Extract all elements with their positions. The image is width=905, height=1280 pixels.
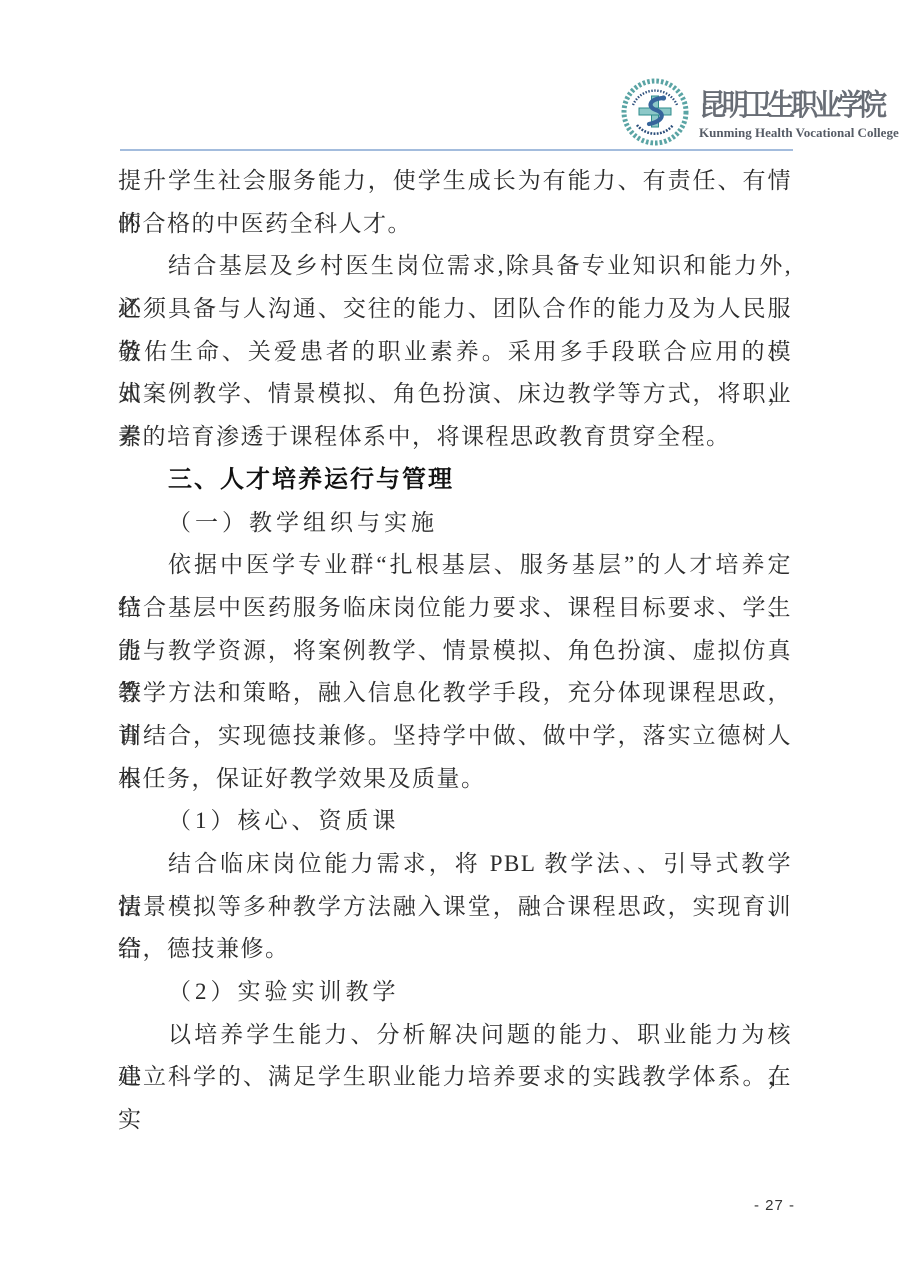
logo-text: 昆明卫生职业学院 Kunming Health Vocational Colle… (699, 83, 899, 141)
page-number: - 27 - (754, 1197, 795, 1214)
text-line: 提升学生社会服务能力，使学生成长为有能力、有责任、有情怀 (118, 160, 792, 203)
text-line: 必须具备与人沟通、交往的能力、团队合作的能力及为人民服务、 (118, 288, 792, 331)
college-seal-icon (618, 75, 692, 149)
college-name-calligraphy: 昆明卫生职业学院 (699, 81, 899, 124)
list-item-heading: （2）实验实训教学 (118, 971, 792, 1014)
header-divider (120, 149, 793, 151)
text-line: 结合临床岗位能力需求，将 PBL 教学法、、引导式教学法、 (118, 843, 792, 886)
section-heading: 三、人才培养运行与管理 (118, 459, 792, 502)
text-line: 合，德技兼修。 (118, 928, 792, 971)
college-name-english: Kunming Health Vocational College (699, 125, 899, 141)
text-line: 如案例教学、情景模拟、角色扮演、床边教学等方式，将职业素 (118, 373, 792, 416)
text-line: 养的培育渗透于课程体系中，将课程思政教育贯穿全程。 (118, 416, 792, 459)
text-line: 以培养学生能力、分析解决问题的能力、职业能力为核心， (118, 1014, 792, 1057)
list-item-heading: （1）核心、资质课 (118, 800, 792, 843)
text-line: 结合基层中医药服务临床岗位能力要求、课程目标要求、学生能 (118, 587, 792, 630)
subsection-heading: （一）教学组织与实施 (118, 502, 792, 545)
text-line: 敬佑生命、关爱患者的职业素养。采用多手段联合应用的模式， (118, 331, 792, 374)
document-body: 提升学生社会服务能力，使学生成长为有能力、有责任、有情怀 的合格的中医药全科人才… (118, 160, 792, 1099)
text-line: 力与教学资源，将案例教学、情景模拟、角色扮演、虚拟仿真等 (118, 630, 792, 673)
text-line: 建立科学的、满足学生职业能力培养要求的实践教学体系。在实 (118, 1056, 792, 1099)
text-line: 的合格的中医药全科人才。 (118, 203, 792, 246)
text-line: 结合基层及乡村医生岗位需求,除具备专业知识和能力外,还 (118, 245, 792, 288)
text-line: 依据中医学专业群“扎根基层、服务基层”的人才培养定位、 (118, 544, 792, 587)
header: 昆明卫生职业学院 Kunming Health Vocational Colle… (618, 74, 899, 150)
text-line: 本任务，保证好教学效果及质量。 (118, 758, 792, 801)
text-line: 训结合，实现德技兼修。坚持学中做、做中学，落实立德树人根 (118, 715, 792, 758)
document-page: 昆明卫生职业学院 Kunming Health Vocational Colle… (0, 0, 905, 1280)
text-line: 情景模拟等多种教学方法融入课堂，融合课程思政，实现育训结 (118, 886, 792, 929)
text-line: 教学方法和策略，融入信息化教学手段，充分体现课程思政，育 (118, 672, 792, 715)
